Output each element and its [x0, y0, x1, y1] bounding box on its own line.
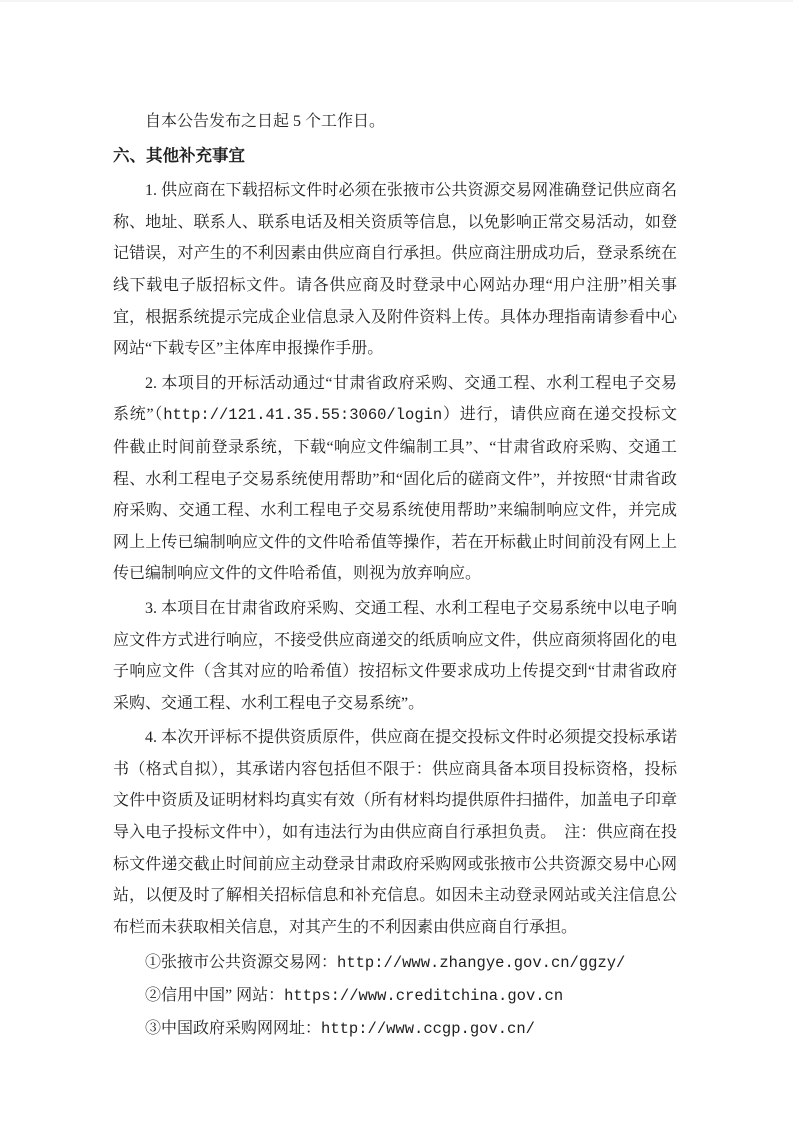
- section-heading: 六、其他补充事宜: [113, 141, 677, 173]
- creditchina-site-url: https://www.creditchina.gov.cn: [284, 987, 563, 1005]
- list-item-zhangye-site: ①张掖市公共资源交易网：http://www.zhangye.gov.cn/gg…: [113, 947, 677, 980]
- document-page: 自本公告发布之日起 5 个工作日。 六、其他补充事宜 1. 供应商在下载招标文件…: [0, 0, 793, 1122]
- list-item-ccgp-site: ③中国政府采购网网址：http://www.ccgp.gov.cn/: [113, 1013, 677, 1046]
- trading-system-url: http://121.41.35.55:3060/login: [163, 406, 442, 424]
- paragraph-electronic-response: 3. 本项目在甘肃省政府采购、交通工程、水利工程电子交易系统中以电子响应文件方式…: [113, 593, 677, 719]
- ccgp-site-url: http://www.ccgp.gov.cn/: [321, 1020, 535, 1038]
- list-item-creditchina-site: ②信用中国” 网站：https://www.creditchina.gov.cn: [113, 980, 677, 1013]
- zhangye-site-label: ①张掖市公共资源交易网：: [145, 954, 337, 971]
- zhangye-site-url: http://www.zhangye.gov.cn/ggzy/: [337, 954, 625, 972]
- website-list: ①张掖市公共资源交易网：http://www.zhangye.gov.cn/gg…: [113, 947, 677, 1045]
- paragraph-bid-commitment: 4. 本次开评标不提供资质原件，供应商在提交投标文件时必须提交投标承诺书（格式自…: [113, 722, 677, 943]
- paragraph-bid-opening-text-after: ）进行，请供应商在递交投标文件截止时间前登录系统，下载“响应文件编制工具”、“甘…: [113, 406, 677, 582]
- creditchina-site-label: ②信用中国” 网站：: [145, 987, 284, 1004]
- page-top-edge: [0, 0, 793, 2]
- ccgp-site-label: ③中国政府采购网网址：: [145, 1020, 321, 1037]
- paragraph-supplier-registration: 1. 供应商在下载招标文件时必须在张掖市公共资源交易网准确登记供应商名称、地址、…: [113, 175, 677, 365]
- paragraph-bid-opening: 2. 本项目的开标活动通过“甘肃省政府采购、交通工程、水利工程电子交易系统”（h…: [113, 368, 677, 590]
- intro-line: 自本公告发布之日起 5 个工作日。: [113, 106, 677, 138]
